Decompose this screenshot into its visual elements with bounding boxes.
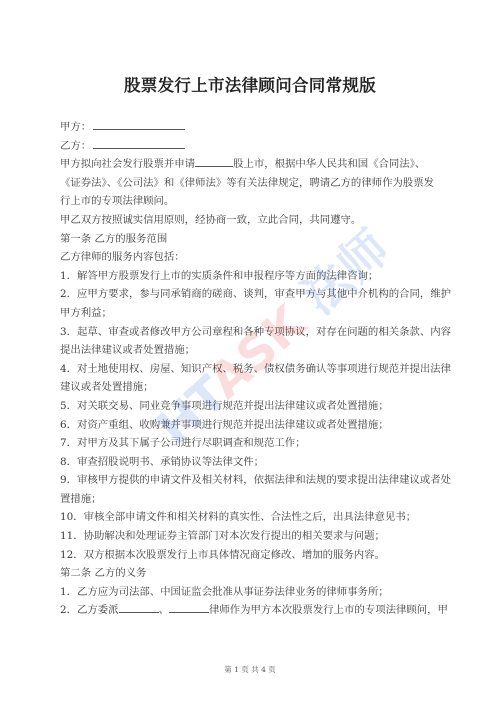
lawyer-1-blank[interactable]	[119, 603, 159, 613]
page-number-footer: 第 1 页 共 4 页	[0, 664, 500, 675]
document-page: 股票发行上市法律顾问合同常规版 甲方： 乙方： 甲方拟向社会发行股票并申请股上市…	[0, 0, 500, 706]
list-item: 9．审核甲方提供的申请文件及相关材料，依据法律和法规的要求提出法律建议或者处	[60, 471, 420, 490]
list-item: 8．审查招股说明书、承销协议等法律文件；	[60, 453, 420, 472]
list-item: 12．双方根据本次股票发行上市具体情况商定修改、增加的服务内容。	[60, 546, 420, 565]
list-item: 10．审核全部申请文件和相关材料的真实性、合法性之后，出具法律意见书；	[60, 508, 420, 527]
list-item: 2．应甲方要求，参与同承销商的磋商、谈判，审查甲方与其他中介机构的合同，维护	[60, 285, 420, 304]
list-item-cont: 提出法律建议或者处置措施；	[60, 341, 420, 360]
section-heading: 第一条 乙方的服务范围	[60, 230, 420, 249]
paragraph-line: 《证券法》、《公司法》和《律师法》等有关法律规定，聘请乙方的律师作为股票发	[60, 174, 420, 193]
list-item: 1．解答甲方股票发行上市的实质条件和申报程序等方面的法律咨询；	[60, 267, 420, 286]
paragraph-line: 甲乙双方按照诚实信用原则，经协商一致，立此合同，共同遵守。	[60, 211, 420, 230]
list-item: 1．乙方应为司法部、中国证监会批准从事证券法律业务的律师事务所；	[60, 583, 420, 602]
party-a-label: 甲方：	[60, 121, 91, 133]
party-b-line: 乙方：	[60, 137, 420, 156]
party-a-blank[interactable]	[93, 120, 185, 130]
list-item: 11．协助解决和处理证券主管部门对本次发行提出的相关要求与问题；	[60, 527, 420, 546]
section-heading: 第二条 乙方的义务	[60, 564, 420, 583]
party-a-line: 甲方：	[60, 118, 420, 137]
paragraph-line: 甲方拟向社会发行股票并申请股上市，根据中华人民共和国《合同法》、	[60, 155, 420, 174]
line-text: 律师作为甲方本次股票发行上市的专项法律顾问，甲	[209, 604, 448, 616]
document-title: 股票发行上市法律顾问合同常规版	[0, 72, 500, 96]
document-body: 甲方： 乙方： 甲方拟向社会发行股票并申请股上市，根据中华人民共和国《合同法》、…	[60, 118, 420, 620]
paragraph-line: 行上市的专项法律顾问。	[60, 192, 420, 211]
list-item-cont: 建议或者处置措施；	[60, 378, 420, 397]
paragraph-line: 乙方律师的服务内容包括：	[60, 248, 420, 267]
party-b-blank[interactable]	[93, 139, 185, 149]
list-item: 4．对土地使用权、房屋、知识产权、税务、债权债务确认等事项进行规范并提出法律	[60, 360, 420, 379]
list-item: 3．起草、审查或者修改甲方公司章程和各种专项协议，对存在问题的相关条款、内容	[60, 323, 420, 342]
line-text: 股上市，根据中华人民共和国《合同法》、	[233, 158, 425, 170]
list-item: 2．乙方委派、律师作为甲方本次股票发行上市的专项法律顾问，甲	[60, 601, 420, 620]
list-item: 5．对关联交易、同业竞争事项进行规范并提出法律建议或者处置措施；	[60, 397, 420, 416]
line-text: 2．乙方委派	[60, 604, 119, 616]
line-text: 甲方拟向社会发行股票并申请	[60, 158, 195, 170]
line-text: 、	[159, 604, 169, 616]
stock-type-blank[interactable]	[195, 157, 233, 167]
lawyer-2-blank[interactable]	[169, 603, 209, 613]
list-item-cont: 甲方利益；	[60, 304, 420, 323]
list-item: 7．对甲方及其下属子公司进行尽职调查和规范工作；	[60, 434, 420, 453]
list-item-cont: 置措施；	[60, 490, 420, 509]
list-item: 6．对资产重组、收购兼并事项进行规范并提出法律建议或者处置措施；	[60, 416, 420, 435]
party-b-label: 乙方：	[60, 140, 91, 152]
